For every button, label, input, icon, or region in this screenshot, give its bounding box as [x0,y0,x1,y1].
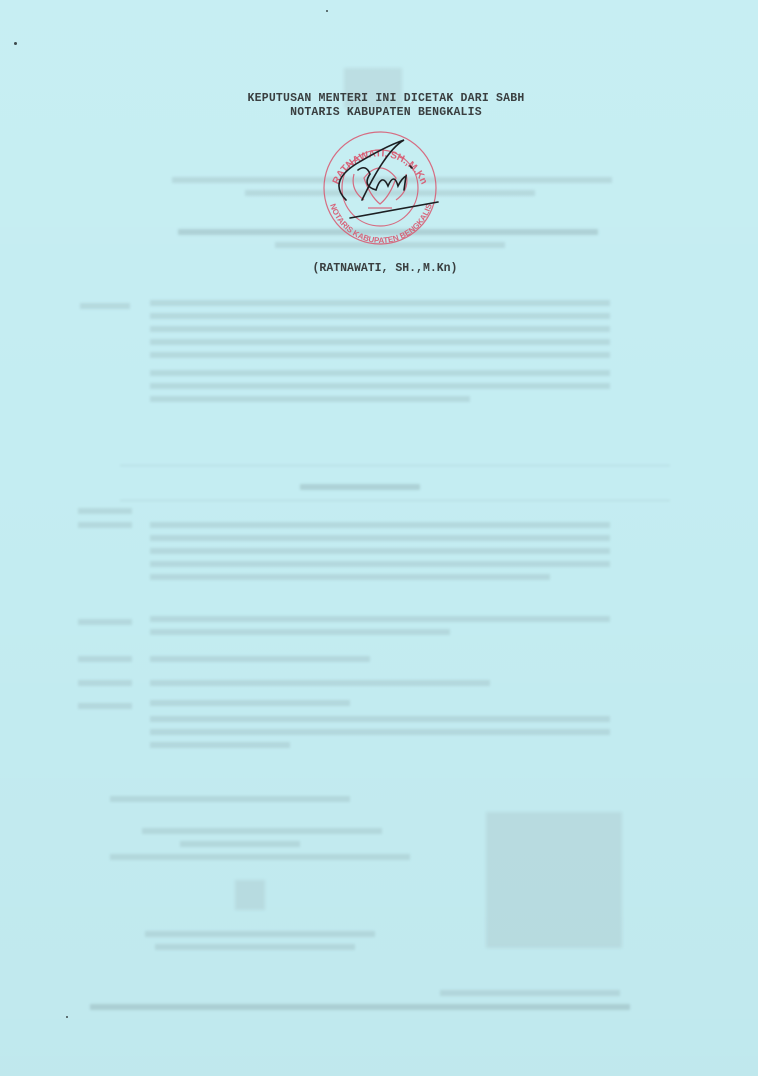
ghost-label [80,303,130,309]
ghost-line [150,396,470,402]
ghost-line [110,796,350,802]
ghost-line [180,841,300,847]
paper-speck [14,42,17,45]
ghost-line [150,548,610,554]
ghost-line [150,716,610,722]
header-line-2: NOTARIS KABUPATEN BENGKALIS [14,106,758,119]
ghost-signature [235,880,265,910]
ghost-label [78,703,132,709]
ghost-line [90,1004,630,1010]
ghost-line [150,300,610,306]
paper-speck [326,10,328,12]
ghost-line [150,313,610,319]
ghost-rule [120,500,670,501]
ghost-qr-code [486,812,622,948]
paper-speck [66,1016,68,1018]
ghost-line [110,854,410,860]
ghost-line [142,828,382,834]
ghost-line [150,616,610,622]
ghost-line [150,742,290,748]
ghost-line [150,352,610,358]
ghost-line [150,729,610,735]
header-line-1: KEPUTUSAN MENTERI INI DICETAK DARI SABH [14,92,758,105]
ghost-line [150,522,610,528]
notary-stamp: RATNAWATI, SH.,M.Kn NOTARIS KABUPATEN BE… [306,130,454,246]
ghost-line [150,561,610,567]
ghost-label [78,508,132,514]
ghost-line [150,700,350,706]
ghost-label [78,619,132,625]
ghost-line [155,944,355,950]
ghost-line [150,535,610,541]
ghost-label [78,680,132,686]
ghost-rule [120,465,670,466]
ghost-heading [300,484,420,490]
ghost-label [78,522,132,528]
ghost-line [150,574,550,580]
ghost-line [150,680,490,686]
ghost-line [150,629,450,635]
ghost-line [150,339,610,345]
ghost-line [150,656,370,662]
ghost-line [150,370,610,376]
ghost-line [145,931,375,937]
ghost-line [150,326,610,332]
signatory-name: (RATNAWATI, SH.,M.Kn) [12,262,758,275]
ghost-line [150,383,610,389]
ghost-line [440,990,620,996]
ghost-label [78,656,132,662]
